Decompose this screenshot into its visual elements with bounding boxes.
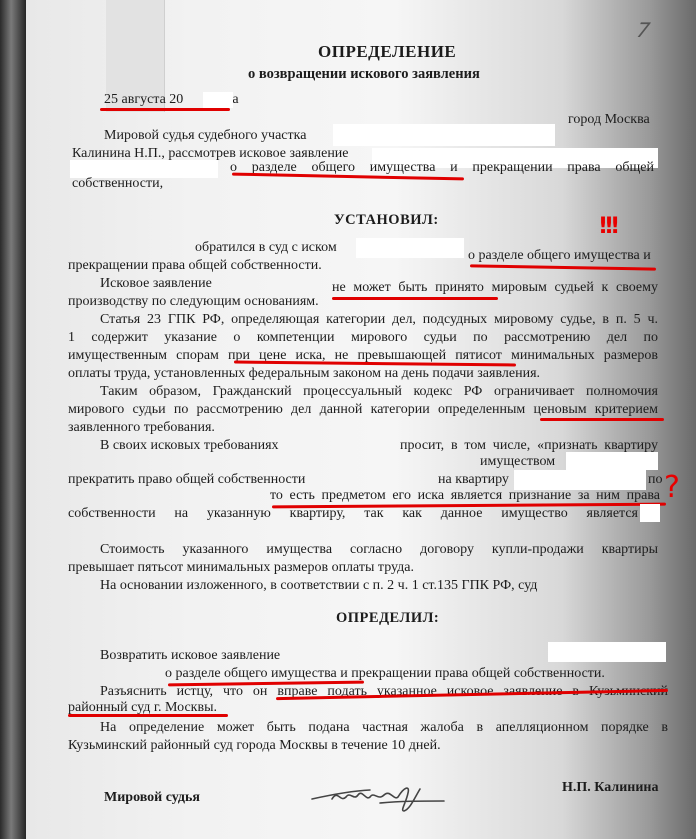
redaction-box (514, 470, 646, 490)
text-line: прекратить право общей собственности (68, 472, 305, 488)
text-line: На определение может быть подана частная… (100, 720, 668, 736)
text-line: по (648, 472, 663, 488)
text-line: Стоимость указанного имущества согласно … (100, 542, 658, 558)
signature-name: Н.П. Калинина (562, 780, 659, 796)
redaction-box (548, 642, 666, 662)
red-underline (540, 418, 664, 421)
intro-line: Мировой судья судебного участка (104, 128, 306, 144)
book-binding (0, 0, 28, 839)
text-line: не может быть принято мировым судьей к с… (332, 280, 658, 296)
text-line: оплаты труда, установленных федеральным … (68, 366, 540, 382)
text-line: Кузьминский районный суд города Москвы в… (68, 738, 441, 754)
redaction-box (640, 504, 660, 522)
text-line: заявленного требования. (68, 420, 215, 436)
exclamation-annotation: !!! (598, 214, 616, 239)
signature-icon (310, 775, 460, 815)
text-line: Таким образом, Гражданский процессуальны… (100, 384, 658, 400)
document-subtitle: о возвращении искового заявления (248, 66, 480, 82)
text-line: прекращении права общей собственности. (68, 258, 322, 274)
red-underline (332, 297, 498, 300)
section-heading-established: УСТАНОВИЛ: (334, 212, 439, 228)
text-line: собственности на указанную квартиру, так… (68, 506, 638, 522)
red-underline (68, 714, 228, 717)
question-annotation: ? (664, 470, 680, 505)
text-line: на квартиру (438, 472, 509, 488)
redaction-box (356, 238, 464, 258)
text-line: На основании изложенного, в соответствии… (100, 578, 537, 594)
text-line: имуществом (480, 454, 555, 470)
red-underline (100, 108, 230, 111)
text-line: Возвратить исковое заявление (100, 648, 280, 664)
text-line: Исковое заявление (100, 276, 212, 292)
text-line: мирового судьи по рассмотрению дел данно… (68, 402, 658, 418)
text-line: обратился в суд с иском (195, 240, 337, 256)
redaction-box (203, 92, 233, 108)
document-title: ОПРЕДЕЛЕНИЕ (318, 44, 456, 60)
text-line: производству по следующим основаниям. (68, 294, 319, 310)
redaction-box (333, 124, 555, 146)
text-line: то есть предметом его иска является приз… (270, 488, 660, 504)
document-city: город Москва (568, 112, 650, 128)
redaction-box (566, 452, 658, 470)
text-line: В своих исковых требованиях (100, 438, 279, 454)
intro-line: собственности, (72, 176, 163, 192)
text-line: превышает пятьсот минимальных размеров о… (68, 560, 414, 576)
section-heading-decided: ОПРЕДЕЛИЛ: (336, 610, 439, 626)
signature-role: Мировой судья (104, 790, 200, 806)
text-line: 1 содержит указание о компетенции мирово… (68, 330, 658, 346)
date-text: 25 августа 20 (104, 92, 183, 107)
text-line: Статья 23 ГПК РФ, определяющая категории… (100, 312, 658, 328)
text-line: о разделе общего имущества и прекращении… (165, 666, 605, 682)
text-line: о разделе общего имущества и (468, 248, 651, 264)
